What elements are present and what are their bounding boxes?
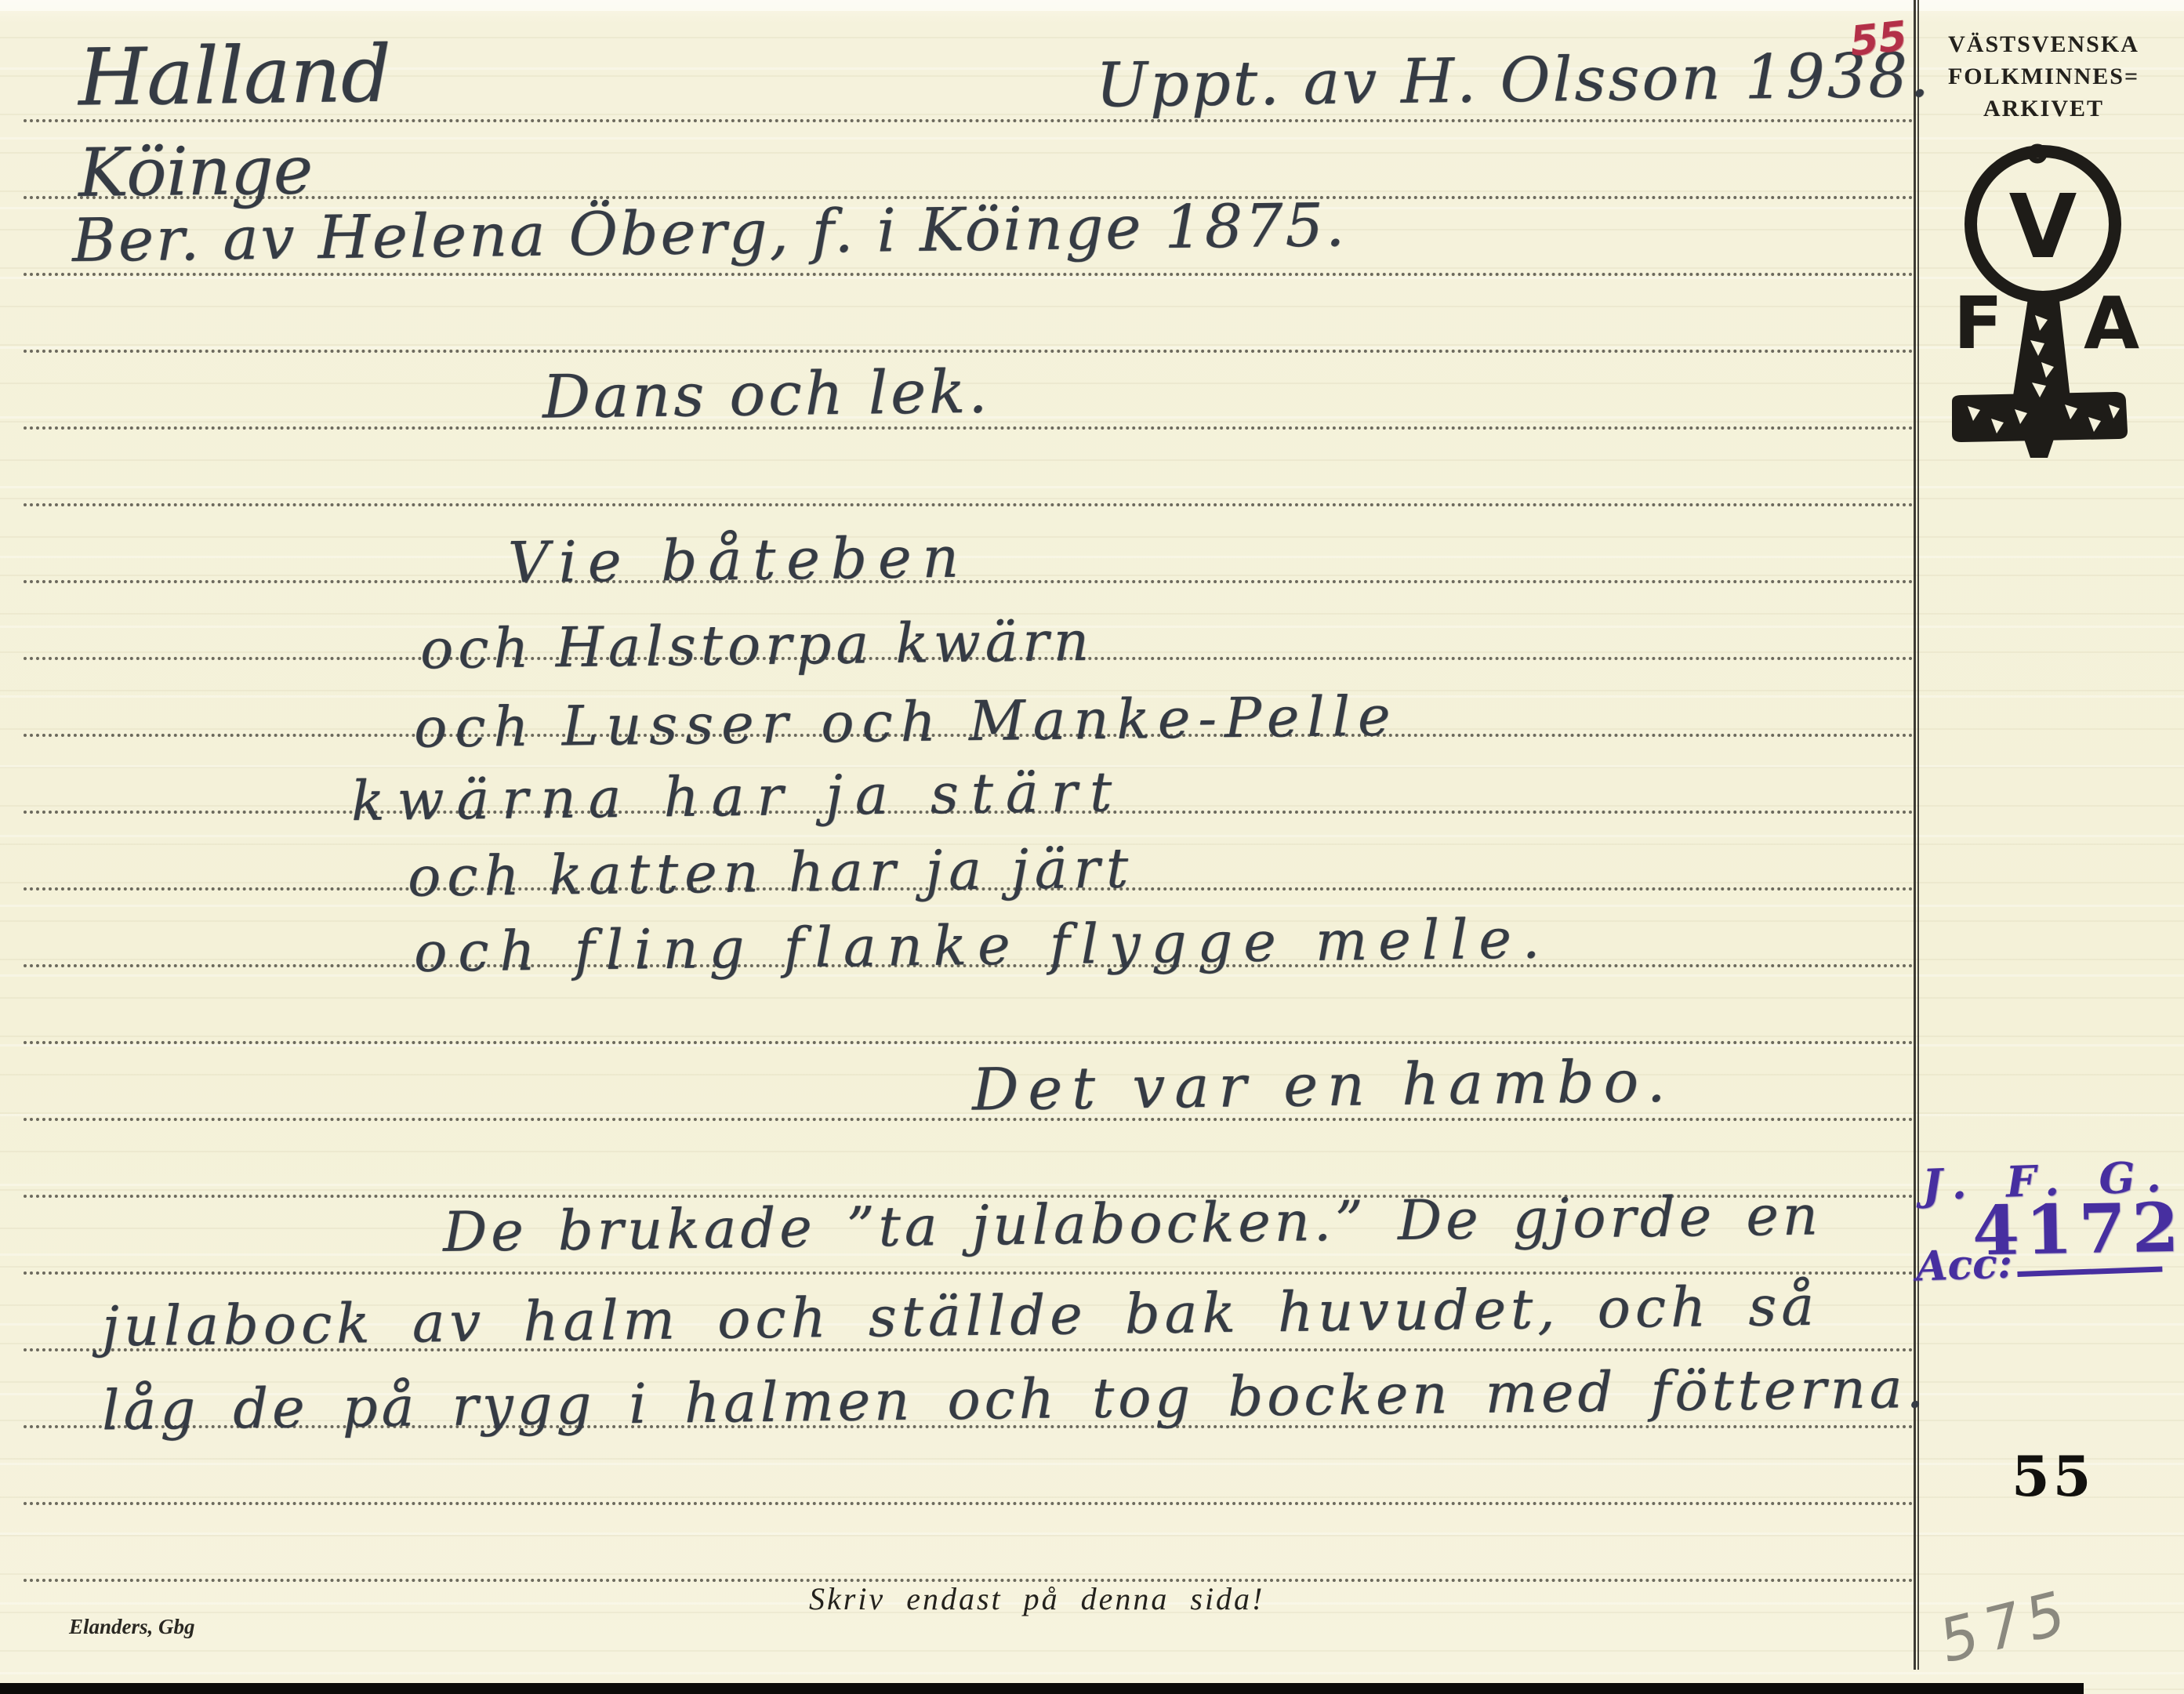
informant-line: Ber. av Helena Öberg, f. i Köinge 1875. xyxy=(72,190,1348,275)
ruled-line xyxy=(24,426,1914,430)
accession-stamp-acc: Acc: xyxy=(1915,1235,2163,1291)
scan-top-edge xyxy=(0,0,2184,11)
archive-name-line2: FOLKMINNES= xyxy=(1930,60,2157,92)
record-title: Dans och lek. xyxy=(542,357,990,432)
ruled-line xyxy=(24,1118,1914,1121)
region-heading: Halland xyxy=(78,28,391,124)
verse-line: Vie båteben xyxy=(508,524,970,595)
ruled-line xyxy=(24,1502,1914,1505)
logo-letter-v: V xyxy=(2009,176,2077,278)
ruled-line xyxy=(24,1041,1914,1044)
ruled-line xyxy=(24,503,1914,506)
collector-line: Uppt. av H. Olsson 1938. xyxy=(1095,40,1932,121)
ruled-line xyxy=(24,273,1914,276)
verse-note: Det var en hambo. xyxy=(972,1048,1675,1124)
accession-stamp-acc-underline xyxy=(2016,1235,2163,1277)
form-instruction: Skriv endast på denna sida! xyxy=(809,1580,1264,1617)
page-number-printed: 55 xyxy=(2012,1444,2094,1509)
verse-line: och Halstorpa kwärn xyxy=(420,609,1094,681)
paragraph-line: låg de på rygg i halmen och tog bocken m… xyxy=(102,1356,1928,1442)
printer-mark: Elanders, Gbg xyxy=(69,1615,195,1639)
archive-name: VÄSTSVENSKA FOLKMINNES= ARKIVET xyxy=(1930,28,2157,125)
archive-name-line1: VÄSTSVENSKA xyxy=(1930,28,2157,60)
verse-line: kwärna har ja stärt xyxy=(351,760,1125,833)
verse-line: och fling flanke flygge melle. xyxy=(414,906,1551,985)
logo-letter-f: F xyxy=(1954,281,2003,365)
logo-letter-a: A xyxy=(2084,281,2139,365)
verse-line: och Lusser och Manke-Pelle xyxy=(414,684,1399,760)
paragraph-line: julabock av halm och ställde bak huvudet… xyxy=(102,1274,1819,1359)
archive-name-line3: ARKIVET xyxy=(1930,92,2157,125)
page-number-red-crayon: 55 xyxy=(1848,13,1909,65)
parish-heading: Köinge xyxy=(78,132,313,212)
archive-record-page: Halland Köinge Ber. av Helena Öberg, f. … xyxy=(0,0,2184,1694)
ruled-line xyxy=(24,350,1914,353)
verse-line: och katten har ja järt xyxy=(408,836,1135,909)
page-number-pencil: 575 xyxy=(1938,1575,2073,1677)
ruled-line xyxy=(24,1271,1914,1275)
thors-hammer-logo: V F A xyxy=(1933,143,2143,464)
accession-stamp-acc-label: Acc: xyxy=(1915,1239,2013,1290)
scan-bottom-edge xyxy=(0,1683,2084,1694)
